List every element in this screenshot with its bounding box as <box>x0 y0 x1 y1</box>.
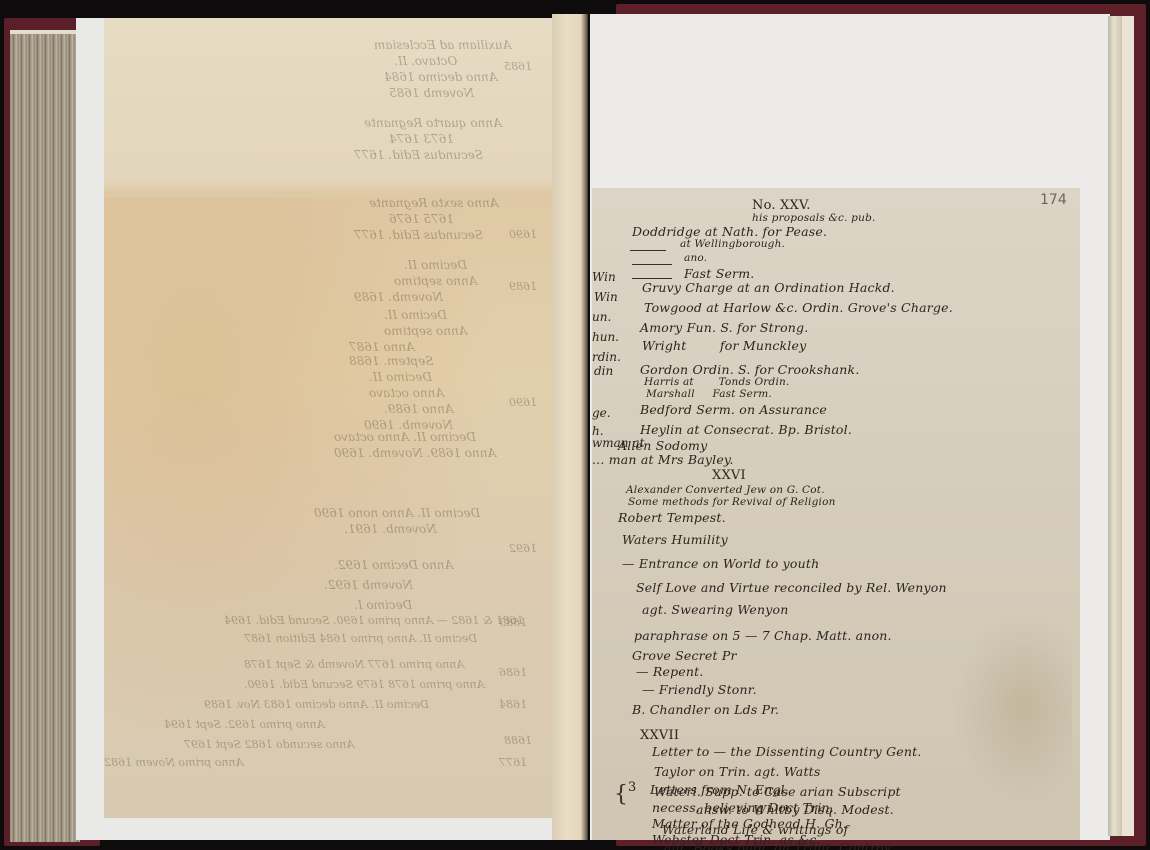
entry: B. Chandler on Lds Pr. <box>632 702 779 717</box>
entry: Towgood at Harlow &c. Ordin. Grove's Cha… <box>644 300 953 315</box>
left-mounted-leaf: Auxiliam ad Ecclesiam Octavo. II. Anno d… <box>104 18 554 818</box>
margin-fragment: din <box>594 364 613 378</box>
entry: Fast Serm. <box>684 266 754 281</box>
show-through-line: Decimo II. <box>384 308 447 322</box>
ditto-dash <box>632 278 672 279</box>
entry: — Entrance on World to youth <box>622 556 819 571</box>
entry: Letter to — the Dissenting Country Gent. <box>652 744 922 759</box>
show-through-line: Decimo II. <box>369 370 432 384</box>
entry: necess. believing Doct Trin. <box>652 800 834 815</box>
show-through-line: 1681 & 1682 — Anno primo 1690. Secund Ed… <box>224 614 524 627</box>
show-through-line: Anno quarto Regnante <box>364 116 502 130</box>
entry: Heylin at Consecrat. Bp. Bristol. <box>640 422 852 437</box>
entry: Amory Fun. S. for Strong. <box>640 320 808 335</box>
entry: Alexander Converted Jew on G. Cot. <box>626 484 825 496</box>
edge-date: 1686 <box>499 666 527 679</box>
show-through-line: Auxiliam ad Ecclesiam <box>374 38 511 52</box>
entry: paraphrase on 5 — 7 Chap. Matt. anon. <box>634 628 892 643</box>
edge-date: 1683 <box>499 616 527 629</box>
right-text-block-edge <box>1108 16 1122 836</box>
show-through-line: Decimo II. Anno octavo <box>334 430 476 444</box>
edge-date: 1677 <box>499 756 527 769</box>
entry: Grove Secret Pr <box>632 648 737 663</box>
show-through-line: 1675 1676 <box>389 212 454 226</box>
show-through-line: Anno 1689. <box>384 402 454 416</box>
entry: Bedford Serm. on Assurance <box>640 402 827 417</box>
show-through-line: Decimo II. Anno primo 1684 Edition 1687 <box>244 632 477 645</box>
section-heading: No. XXV. <box>752 198 811 213</box>
show-through-line: Anno sexto Regnante <box>369 196 498 210</box>
entry: at Wellingborough. <box>680 238 785 250</box>
entry: Harris at Tonds Ordin. <box>644 376 790 388</box>
entry: Self Love and Virtue reconciled by Rel. … <box>636 580 947 595</box>
show-through-line: Anno primo 1692. Sept 1694 <box>164 718 325 731</box>
entry: agt. Swearing Wenyon <box>642 602 788 617</box>
show-through-line: Novemb. 1691. <box>344 522 437 536</box>
entry: Robert Tempest. <box>618 510 726 525</box>
show-through-line: Anno primo 1678 1679 Secund Edid. 1690. <box>244 678 485 691</box>
entry: — Repent. <box>636 664 704 679</box>
ditto-dash <box>630 250 666 251</box>
entry: ano. <box>684 252 707 264</box>
show-through-line: Novemb. 1689 <box>354 290 443 304</box>
margin-fragment: ge. <box>592 406 611 420</box>
show-through-line: Novemb 1692. <box>324 578 413 592</box>
folio-number: 174 <box>1040 192 1067 208</box>
entry: Allen Sodomy <box>618 438 707 453</box>
show-through-line: 1673 1674 <box>389 132 454 146</box>
edge-date: 1689 <box>509 280 537 293</box>
margin-fragment: hun. <box>592 330 619 344</box>
entry: Matter of the Godhead H. Gh. <box>652 816 847 831</box>
entry: Some methods for Revival of Religion <box>628 496 836 508</box>
edge-date: 1692 <box>509 542 537 555</box>
section-heading: XXVII <box>640 728 679 743</box>
margin-fragment: rdin. <box>592 350 621 364</box>
show-through-line: Decimo II. <box>404 258 467 272</box>
show-through-line: Decimo I. <box>354 598 412 612</box>
show-through-line: Anno secundo 1682 Sept 1697 <box>184 738 354 751</box>
entry: Doddridge at Nath. for Pease. <box>632 224 827 239</box>
heading-note: his proposals &c. pub. <box>752 212 876 224</box>
edge-date: 1688 <box>504 734 532 747</box>
show-through-line: Anno septimo <box>384 324 467 338</box>
margin-fragment: Win <box>594 290 618 304</box>
entry: Marshall Fast Serm. <box>646 388 772 400</box>
right-mounted-leaf: Win Win un. hun. rdin. din ge. h. wman a… <box>592 188 1080 840</box>
left-text-block-edge <box>10 30 80 842</box>
edge-date: 1685 <box>504 60 532 73</box>
entry: Waters Humility <box>622 532 728 547</box>
show-through-line: Secundus Edid. 1677 <box>354 228 483 242</box>
bracket-number: 3 <box>628 780 636 795</box>
show-through-line: Anno primo Novem 1682 <box>104 756 244 769</box>
show-through-line: Anno Decimo 1692. <box>334 558 453 572</box>
show-through-line: Novemb 1685 <box>389 86 474 100</box>
show-through-line: Anno decimo 1684 <box>384 70 497 84</box>
entry: — Friendly Stonr. <box>642 682 757 697</box>
entry: Webster Doct Trin. as &c. <box>652 832 821 847</box>
show-through-line: Decimo II. Anno decimo 1683 Nov. 1689 <box>204 698 429 711</box>
show-through-line: Anno primo 1677 Novemb & Sept 1678 <box>244 658 464 671</box>
ditto-dash <box>632 264 672 265</box>
entry: Taylor on Trin. agt. Watts <box>654 764 821 779</box>
show-through-line: Secundus Edid. 1677 <box>354 148 483 162</box>
section-heading: XXVI <box>712 468 746 483</box>
entry: ... man at Mrs Bayley. <box>592 452 734 467</box>
entry: Gruvy Charge at an Ordination Hackd. <box>642 280 895 295</box>
edge-date: 1690 <box>509 228 537 241</box>
show-through-line: Anno septimo <box>394 274 477 288</box>
margin-fragment: un. <box>592 310 611 324</box>
margin-fragment: Win <box>592 270 616 284</box>
show-through-line: Octavo. II. <box>394 54 457 68</box>
entry: Wright for Munckley <box>642 338 806 353</box>
gutter-stub <box>552 14 588 840</box>
show-through-line: Septem. 1688 <box>349 354 433 368</box>
show-through-line: Anno 1689. Novemb. 1690 <box>334 446 496 460</box>
edge-date: 1690 <box>509 396 537 409</box>
show-through-line: Decimo II. Anno nono 1690 <box>314 506 480 520</box>
edge-date: 1684 <box>499 698 527 711</box>
entry: Gordon Ordin. S. for Crookshank. <box>640 362 860 377</box>
entry: Letters from N. Engl. <box>650 782 789 797</box>
brace-mark: { <box>614 782 628 807</box>
show-through-line: Anno octavo <box>369 386 444 400</box>
show-through-line: Anno 1687 <box>349 340 415 354</box>
